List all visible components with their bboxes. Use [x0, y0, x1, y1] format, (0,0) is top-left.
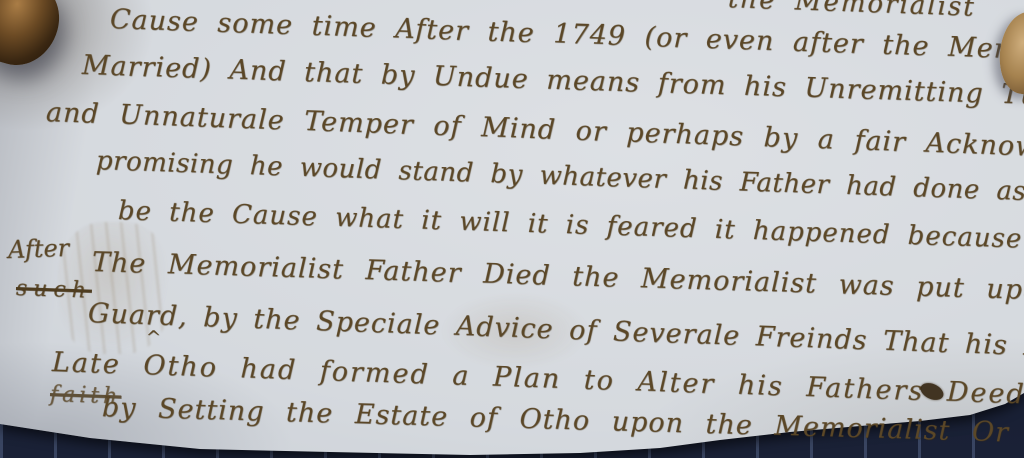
margin-word-after: After	[8, 234, 70, 264]
manuscript-photo: the Memorialist Cause some time After th…	[0, 0, 1024, 458]
insertion-caret: ^	[146, 327, 161, 348]
margin-struck-word: such	[16, 276, 93, 304]
